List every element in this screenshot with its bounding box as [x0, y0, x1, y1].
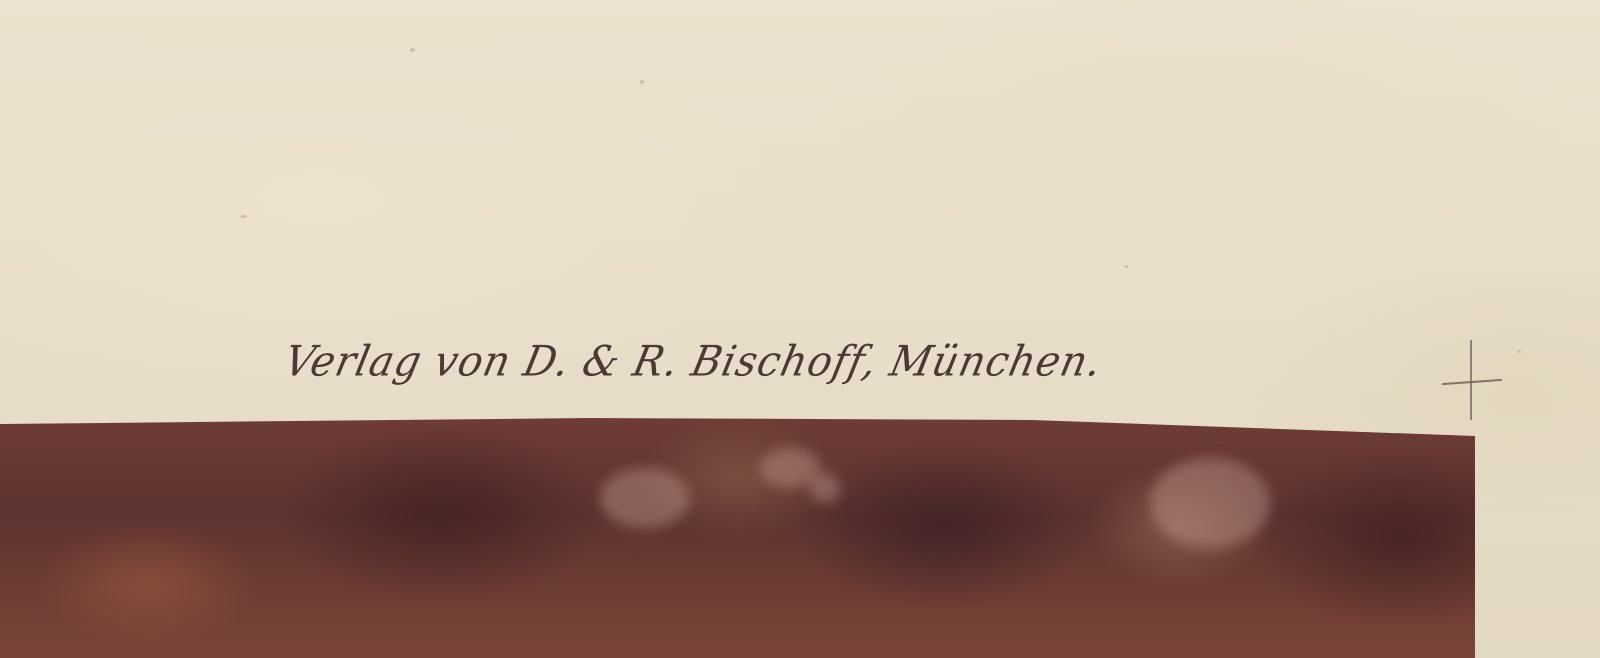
paper-speck — [1125, 265, 1128, 268]
paper-speck — [410, 48, 415, 52]
paper-speck — [640, 80, 644, 84]
plate-highlight — [1150, 458, 1270, 548]
paper-speck — [1518, 350, 1521, 353]
plate-highlight — [810, 473, 840, 503]
paper-speck — [240, 215, 247, 218]
plate-highlight — [600, 468, 690, 528]
publisher-inscription: Verlag von D. & R. Bischoff, München. — [274, 320, 1324, 415]
print-plate-image — [0, 418, 1475, 658]
